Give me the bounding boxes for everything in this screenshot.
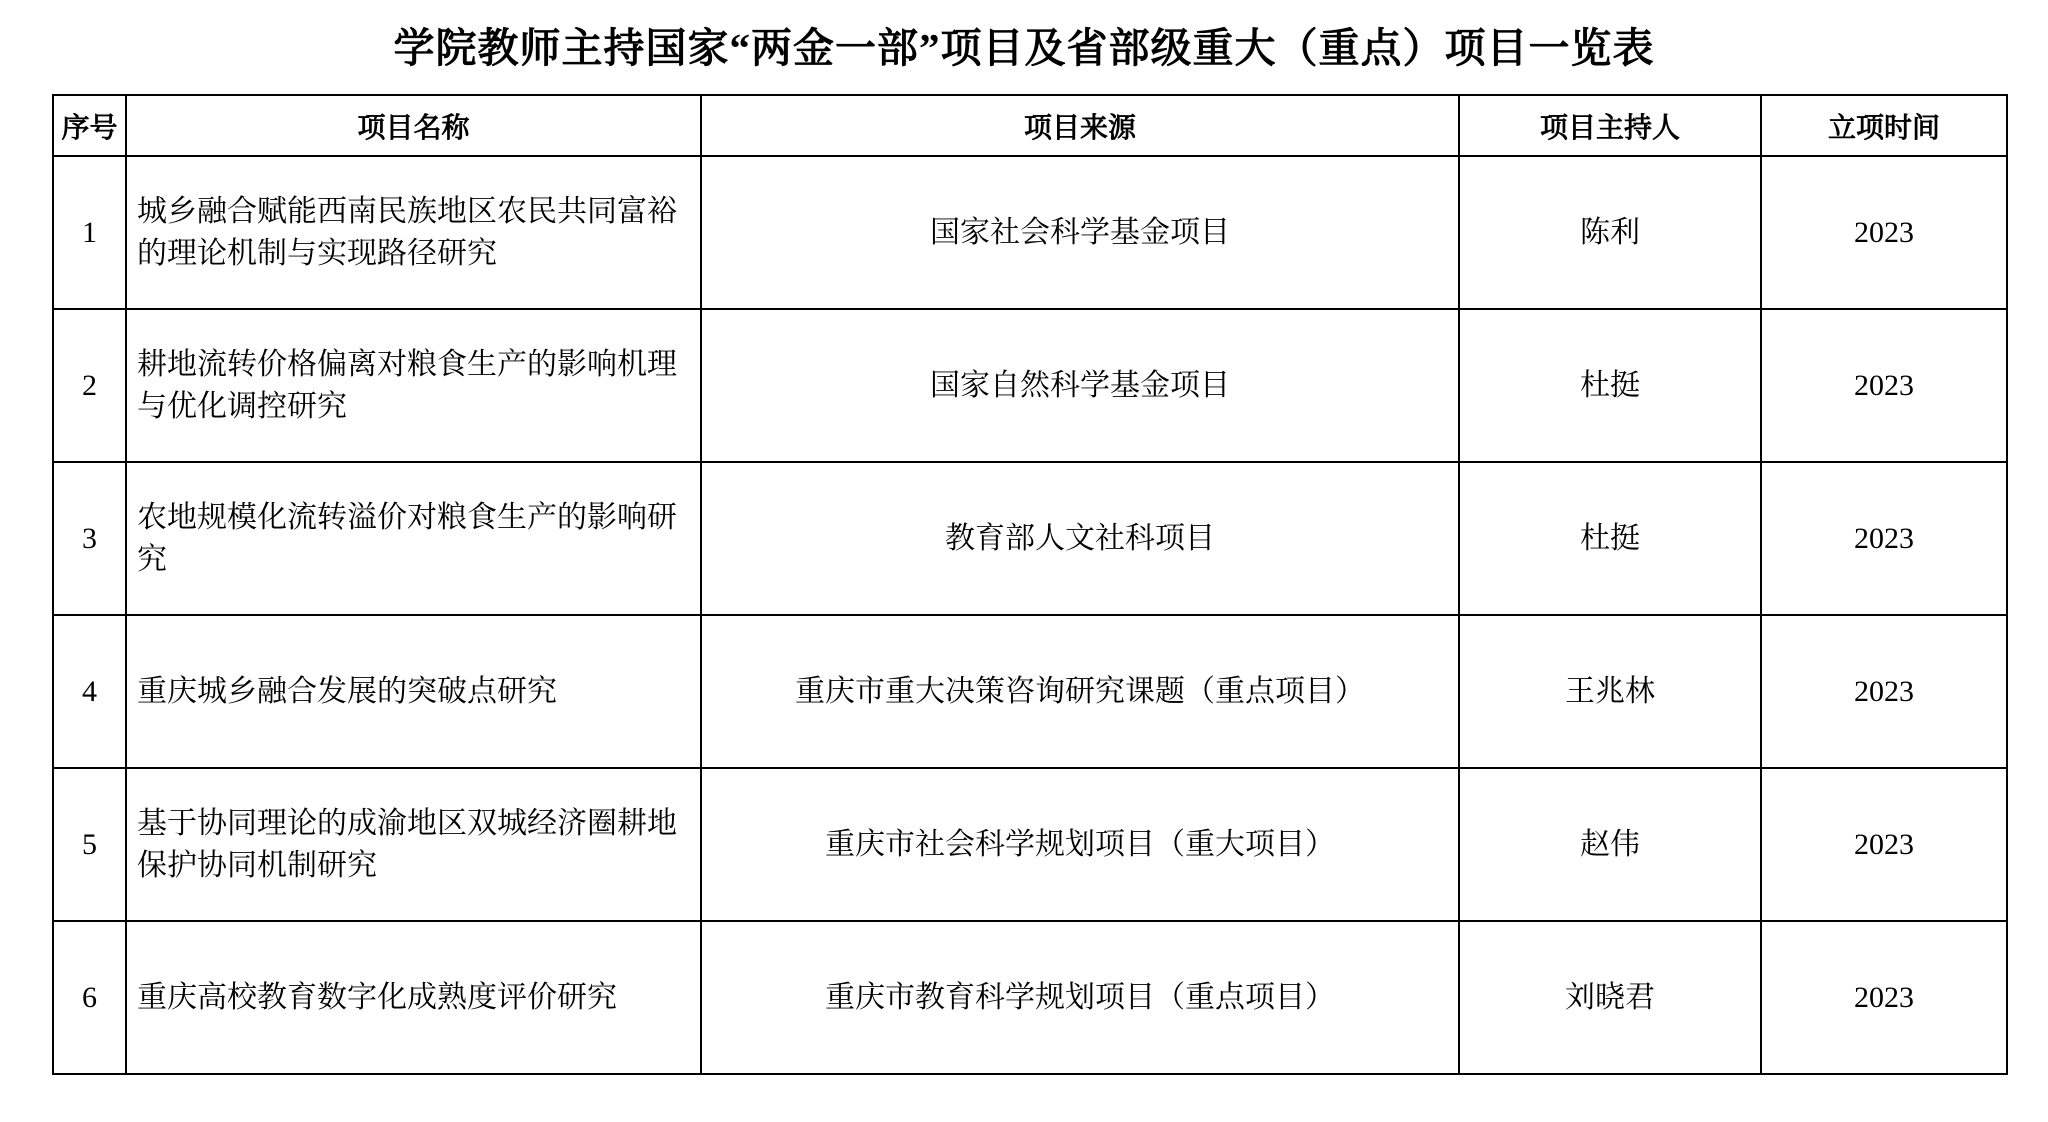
cell-year: 2023 [1761, 309, 2007, 462]
header-cell-no: 序号 [53, 95, 126, 156]
cell-source: 重庆市教育科学规划项目（重点项目） [701, 921, 1459, 1074]
table-row: 6重庆高校教育数字化成熟度评价研究重庆市教育科学规划项目（重点项目）刘晓君202… [53, 921, 2007, 1074]
cell-host: 赵伟 [1459, 768, 1761, 921]
cell-name: 重庆高校教育数字化成熟度评价研究 [126, 921, 701, 1074]
cell-name: 城乡融合赋能西南民族地区农民共同富裕的理论机制与实现路径研究 [126, 156, 701, 309]
cell-no: 6 [53, 921, 126, 1074]
cell-no: 4 [53, 615, 126, 768]
table-row: 1城乡融合赋能西南民族地区农民共同富裕的理论机制与实现路径研究国家社会科学基金项… [53, 156, 2007, 309]
header-cell-host: 项目主持人 [1459, 95, 1761, 156]
cell-year: 2023 [1761, 462, 2007, 615]
header-cell-name: 项目名称 [126, 95, 701, 156]
cell-name: 基于协同理论的成渝地区双城经济圈耕地保护协同机制研究 [126, 768, 701, 921]
table-row: 5基于协同理论的成渝地区双城经济圈耕地保护协同机制研究重庆市社会科学规划项目（重… [53, 768, 2007, 921]
cell-host: 王兆林 [1459, 615, 1761, 768]
document-page: 学院教师主持国家“两金一部”项目及省部级重大（重点）项目一览表 序号 项目名称 … [0, 0, 2048, 1122]
header-cell-year: 立项时间 [1761, 95, 2007, 156]
cell-name: 农地规模化流转溢价对粮食生产的影响研究 [126, 462, 701, 615]
cell-source: 国家社会科学基金项目 [701, 156, 1459, 309]
cell-source: 教育部人文社科项目 [701, 462, 1459, 615]
cell-host: 陈利 [1459, 156, 1761, 309]
cell-name: 重庆城乡融合发展的突破点研究 [126, 615, 701, 768]
cell-name: 耕地流转价格偏离对粮食生产的影响机理与优化调控研究 [126, 309, 701, 462]
projects-table-header: 序号 项目名称 项目来源 项目主持人 立项时间 [53, 95, 2007, 156]
header-row: 序号 项目名称 项目来源 项目主持人 立项时间 [53, 95, 2007, 156]
table-row: 3农地规模化流转溢价对粮食生产的影响研究教育部人文社科项目杜挺2023 [53, 462, 2007, 615]
projects-table-body: 1城乡融合赋能西南民族地区农民共同富裕的理论机制与实现路径研究国家社会科学基金项… [53, 156, 2007, 1074]
table-row: 2耕地流转价格偏离对粮食生产的影响机理与优化调控研究国家自然科学基金项目杜挺20… [53, 309, 2007, 462]
header-cell-source: 项目来源 [701, 95, 1459, 156]
table-row: 4重庆城乡融合发展的突破点研究重庆市重大决策咨询研究课题（重点项目）王兆林202… [53, 615, 2007, 768]
cell-no: 5 [53, 768, 126, 921]
cell-source: 重庆市社会科学规划项目（重大项目） [701, 768, 1459, 921]
cell-source: 重庆市重大决策咨询研究课题（重点项目） [701, 615, 1459, 768]
cell-year: 2023 [1761, 921, 2007, 1074]
cell-host: 杜挺 [1459, 462, 1761, 615]
cell-host: 杜挺 [1459, 309, 1761, 462]
cell-no: 2 [53, 309, 126, 462]
cell-year: 2023 [1761, 615, 2007, 768]
cell-year: 2023 [1761, 156, 2007, 309]
projects-table: 序号 项目名称 项目来源 项目主持人 立项时间 1城乡融合赋能西南民族地区农民共… [52, 94, 2008, 1075]
cell-year: 2023 [1761, 768, 2007, 921]
cell-host: 刘晓君 [1459, 921, 1761, 1074]
cell-no: 1 [53, 156, 126, 309]
cell-no: 3 [53, 462, 126, 615]
cell-source: 国家自然科学基金项目 [701, 309, 1459, 462]
page-title: 学院教师主持国家“两金一部”项目及省部级重大（重点）项目一览表 [0, 0, 2048, 73]
